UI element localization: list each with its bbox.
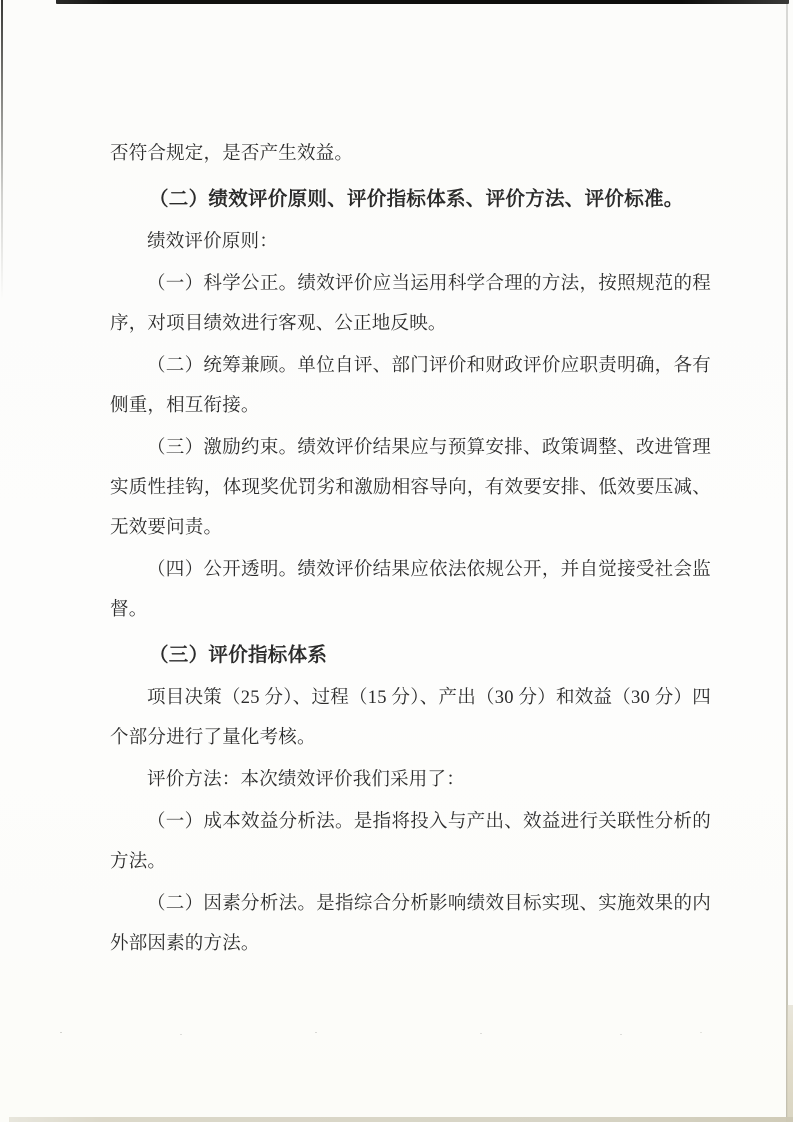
section-heading: （二）绩效评价原则、评价指标体系、评价方法、评价标准。: [110, 180, 711, 220]
scan-right-edge-line: [786, 4, 788, 1122]
section-heading: （三）评价指标体系: [110, 636, 711, 676]
paragraph: 绩效评价原则：: [110, 222, 711, 262]
paragraph: 评价方法：本次绩效评价我们采用了：: [110, 760, 711, 800]
paragraph: 项目决策（25 分）、过程（15 分）、产出（30 分）和效益（30 分）四个部…: [110, 678, 711, 758]
scan-top-edge-shadow: [56, 0, 789, 4]
scan-left-edge-shadow: [1, 0, 3, 300]
paragraph: （一）科学公正。绩效评价应当运用科学合理的方法，按照规范的程序，对项目绩效进行客…: [110, 264, 711, 344]
paragraph: （二）因素分析法。是指综合分析影响绩效目标实现、实施效果的内外部因素的方法。: [110, 884, 711, 964]
paragraph: 否符合规定，是否产生效益。: [110, 134, 711, 174]
paragraph: （四）公开透明。绩效评价结果应依法依规公开，并自觉接受社会监督。: [110, 550, 711, 630]
scan-bottom-edge-strip: [9, 1117, 793, 1122]
document-body: 否符合规定，是否产生效益。（二）绩效评价原则、评价指标体系、评价方法、评价标准。…: [110, 134, 711, 966]
scanned-page: 否符合规定，是否产生效益。（二）绩效评价原则、评价指标体系、评价方法、评价标准。…: [0, 0, 793, 1122]
paragraph: （三）激励约束。绩效评价结果应与预算安排、政策调整、改进管理实质性挂钩，体现奖优…: [110, 428, 711, 548]
scan-noise-speckles: [60, 1032, 62, 1033]
paragraph: （一）成本效益分析法。是指将投入与产出、效益进行关联性分析的方法。: [110, 802, 711, 882]
paragraph: （二）统筹兼顾。单位自评、部门评价和财政评价应职责明确，各有侧重，相互衔接。: [110, 346, 711, 426]
scan-right-edge-smudge: [787, 1005, 793, 1122]
